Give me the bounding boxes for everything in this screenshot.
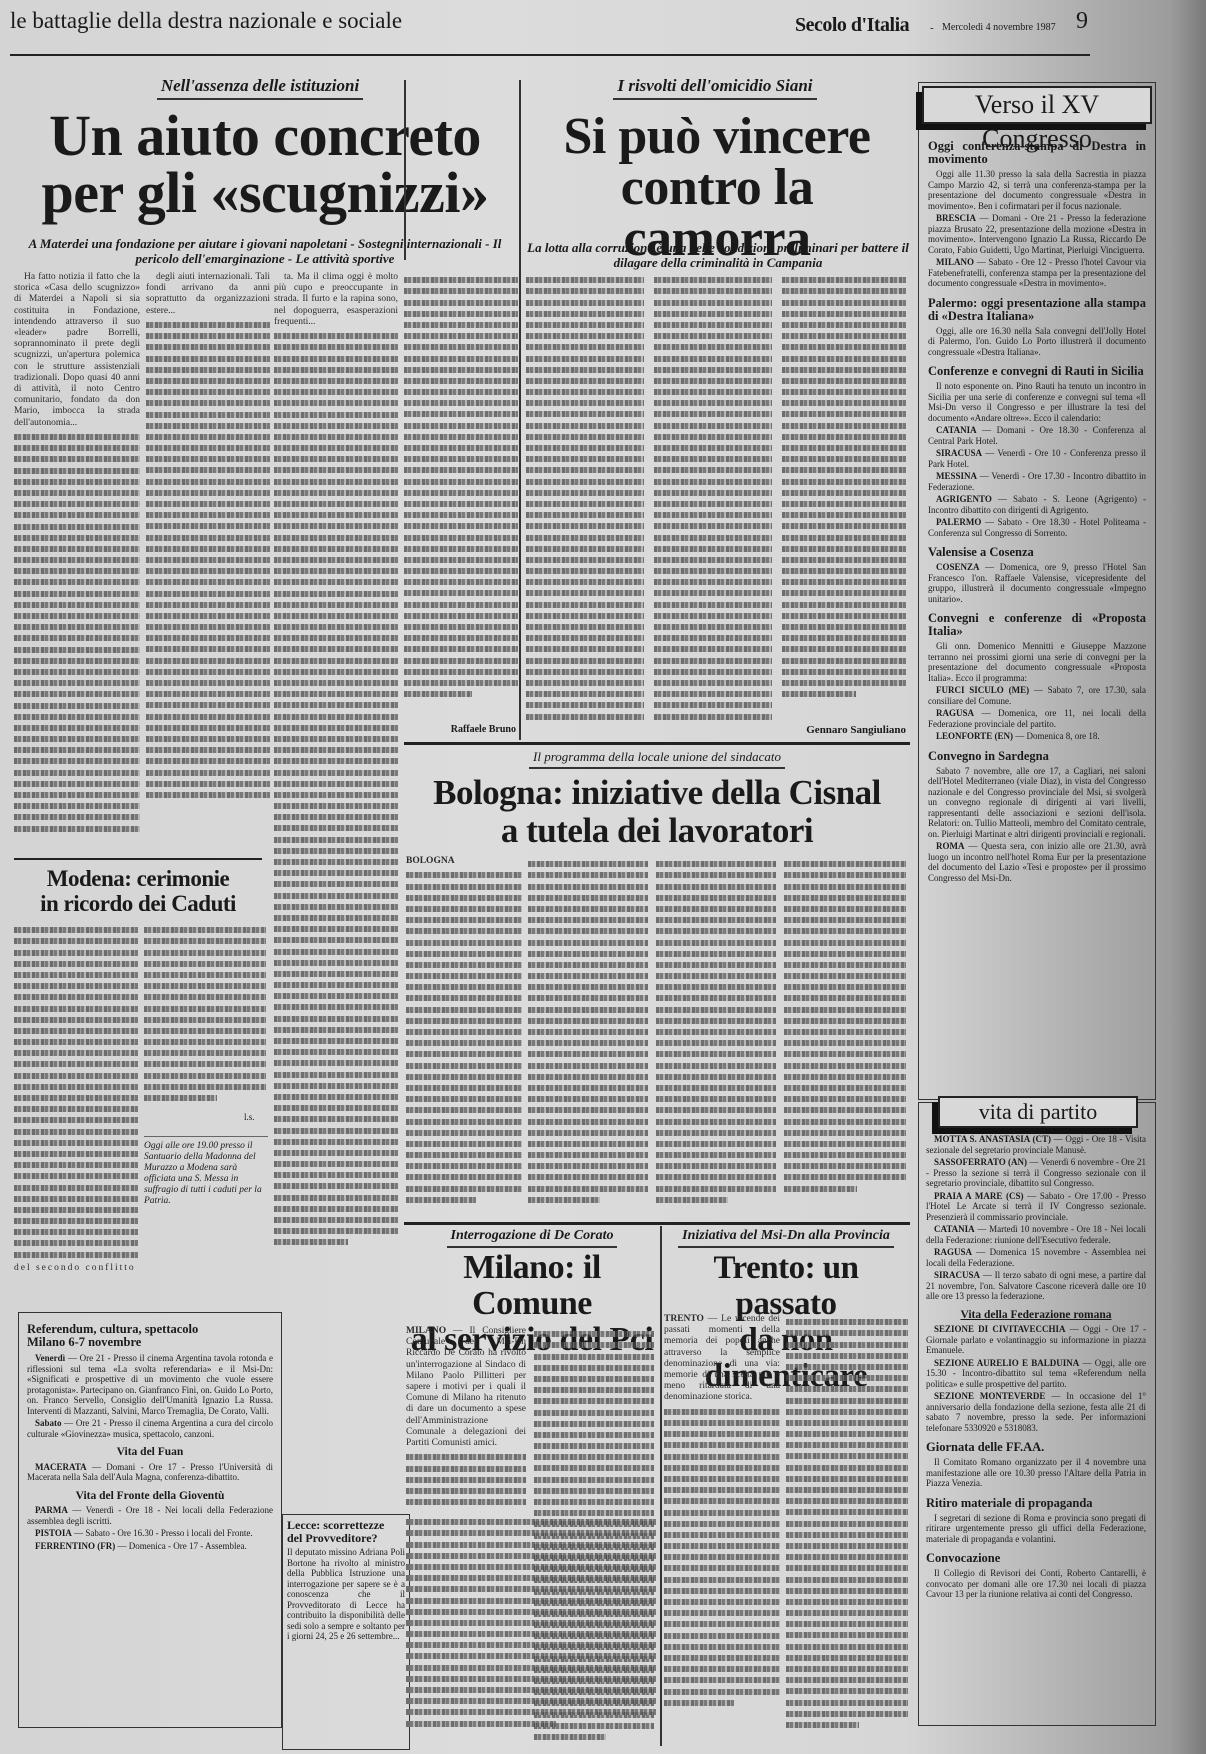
sidebar-section-text: CATANIA — Domani - Ore 18.30 - Conferenz… <box>928 425 1146 446</box>
lead-text: — Il Consigliere Comunale del Msi-Dn Ric… <box>406 1326 526 1448</box>
sidebar-section-text: Il noto esponente on. Pino Rauti ha tenu… <box>928 381 1146 423</box>
scugnizzi-headline: Un aiuto concreto per gli «scugnizzi» <box>10 108 520 222</box>
lecce-box: Lecce: scorrettezzedel Provveditore? Il … <box>282 1514 410 1750</box>
camorra-col-4 <box>782 272 906 712</box>
congress-sections: Oggi conferenza-stampa di Destra in movi… <box>928 132 1146 1092</box>
headline-line: in ricordo dei Caduti <box>14 891 262 916</box>
sidebar-section-text: AGRIGENTO — Sabato - S. Leone (Agrigento… <box>928 494 1146 515</box>
trento-kicker-wrap: Iniziativa del Msi-Dn alla Provincia <box>662 1226 910 1248</box>
headline-line: Bologna: iniziative della Cisnal <box>404 774 910 812</box>
modena-last-line: del secondo conflitto <box>14 1263 138 1274</box>
sidebar-section-text: SIRACUSA — Venerdì - Ore 10 - Conferenza… <box>928 448 1146 469</box>
vita-extra-text: Il Collegio di Revisori dei Conti, Rober… <box>926 1568 1146 1600</box>
page-number: 9 <box>1076 8 1088 35</box>
headline-line: Un aiuto concreto <box>10 108 520 165</box>
congress-title: Verso il XV Congresso <box>922 86 1152 124</box>
sidebar-section-title: Conferenze e convegni di Rauti in Sicili… <box>928 365 1146 378</box>
issue-date: Mercoledì 4 novembre 1987 <box>942 22 1056 33</box>
camorra-col-1 <box>404 272 518 720</box>
sidebar-section-title: Convegni e conferenze di «Proposta Itali… <box>928 612 1146 638</box>
vita-partito-entries: MOTTA S. ANASTASIA (CT) — Oggi - Ore 18 … <box>926 1132 1146 1718</box>
lead-text: — Le vicende dei passati momenti della m… <box>664 1314 780 1402</box>
vita-extra-text: Il Comitato Romano organizzato per il 4 … <box>926 1457 1146 1489</box>
sidebar-section-text: LEONFORTE (EN) — Domenica 8, ore 18. <box>928 731 1146 742</box>
camorra-kicker-wrap: I risvolti dell'omicidio Siani <box>520 76 910 100</box>
bologna-col-3 <box>656 856 776 1216</box>
bologna-headline: Bologna: iniziative della Cisnal a tutel… <box>404 774 910 850</box>
bologna-col-4 <box>784 856 906 1216</box>
lecce-continuation <box>406 1514 656 1748</box>
modena-headline: Modena: cerimonie in ricordo dei Caduti <box>14 866 262 916</box>
scugnizzi-col-2: degli aiuti internazionali. Tali fondi a… <box>146 272 270 832</box>
roma-federation-title: Vita della Federazione romana <box>926 1310 1146 1321</box>
vita-extra-text: I segretari di sezione di Roma e provinc… <box>926 1513 1146 1545</box>
vita-entry: SIRACUSA — Il terzo sabato di ogni mese,… <box>926 1270 1146 1302</box>
vita-extra-title: Ritiro materiale di propaganda <box>926 1497 1146 1510</box>
bologna-kicker-wrap: Il programma della locale unione del sin… <box>404 748 910 769</box>
bologna-kicker: Il programma della locale unione del sin… <box>529 749 785 769</box>
sidebar-section-title: Palermo: oggi presentazione alla stampa … <box>928 297 1146 323</box>
sidebar-section-title: Convegno in Sardegna <box>928 750 1146 763</box>
headline-line: Trento: un passato <box>662 1250 910 1322</box>
trento-col-2 <box>786 1314 908 1746</box>
milano-kicker-wrap: Interrogazione di De Corato <box>404 1226 660 1248</box>
section-rule <box>404 1222 910 1225</box>
sidebar-section-text: ROMA — Questa sera, con inizio alle ore … <box>928 841 1146 883</box>
vita-extra-title: Convocazione <box>926 1552 1146 1565</box>
modena-italic-note: Oggi alle ore 19.00 presso il Santuario … <box>144 1136 268 1277</box>
sidebar-section-title: Oggi conferenza-stampa di Destra in movi… <box>928 140 1146 166</box>
bologna-col-2 <box>528 856 648 1216</box>
camorra-col-3 <box>654 272 772 742</box>
vita-entry: SEZIONE AURELIO E BALDUINA — Oggi, alle … <box>926 1358 1146 1390</box>
section-rule <box>14 858 262 860</box>
scugnizzi-kicker-wrap: Nell'assenza delle istituzioni <box>0 76 520 100</box>
lead-place: BOLOGNA <box>406 856 455 866</box>
vita-entry: SEZIONE MONTEVERDE — In occasione del 1°… <box>926 1391 1146 1433</box>
body-text: Ha fatto notizia il fatto che la storica… <box>14 272 140 429</box>
camorra-subhead: La lotta alla corruzione è una delle con… <box>526 240 910 270</box>
trento-kicker: Iniziativa del Msi-Dn alla Provincia <box>678 1228 894 1248</box>
scugnizzi-subhead: A Materdei una fondazione per aiutare i … <box>10 236 520 266</box>
modena-col-1: del secondo conflitto <box>14 922 138 1280</box>
sidebar-section-title: Valensise a Cosenza <box>928 546 1146 559</box>
sidebar-section-text: MILANO — Sabato - Ore 12 - Presso l'hote… <box>928 257 1146 289</box>
body-text: ta. Ma il clima oggi è molto più cupo e … <box>274 272 398 328</box>
paper-name: Secolo d'Italia <box>795 14 909 37</box>
vita-entry: CATANIA — Martedì 10 novembre - Ore 18 -… <box>926 1224 1146 1245</box>
camorra-byline: Gennaro Sangiuliano <box>700 724 906 736</box>
trento-col-1: TRENTO — Le vicende dei passati momenti … <box>664 1314 780 1746</box>
sidebar-section-text: Sabato 7 novembre, alle ore 17, a Caglia… <box>928 766 1146 840</box>
referendum-entries: Venerdì — Ore 21 - Presso il cinema Arge… <box>27 1351 273 1553</box>
section-slogan: le battaglie della destra nazionale e so… <box>10 8 402 34</box>
milano-col-1: MILANO — Il Consigliere Comunale del Msi… <box>406 1326 526 1506</box>
section-rule <box>404 742 910 745</box>
modena-col-2 <box>144 922 266 1122</box>
column-divider <box>519 80 521 740</box>
referendum-title: Referendum, cultura, spettacoloMilano 6-… <box>27 1323 273 1349</box>
sidebar-section-text: Oggi, alle ore 16.30 nella Sala convegni… <box>928 326 1146 358</box>
vita-extra-title: Giornata delle FF.AA. <box>926 1441 1146 1454</box>
headline-line: Modena: cerimonie <box>14 866 262 891</box>
vita-partito-title: vita di partito <box>938 1096 1138 1128</box>
masthead-rule <box>10 54 1090 56</box>
sidebar-section-text: PALERMO — Sabato - Ore 18.30 - Hotel Pol… <box>928 517 1146 538</box>
lecce-text: Il deputato missino Adriana Poli Bortone… <box>287 1547 405 1642</box>
referendum-box: Referendum, cultura, spettacoloMilano 6-… <box>18 1312 282 1728</box>
sidebar-section-text: RAGUSA — Domenica, ore 11, nei locali de… <box>928 708 1146 729</box>
vita-fuan-title: Vita del Fuan <box>27 1447 273 1458</box>
camorra-col-2 <box>526 272 644 742</box>
scugnizzi-col-3: ta. Ma il clima oggi è molto più cupo e … <box>274 272 398 1272</box>
column-divider <box>404 80 406 260</box>
camorra-byline-inner: Raffaele Bruno <box>404 724 516 735</box>
bologna-col-1: BOLOGNA <box>406 856 522 1216</box>
vita-entry: RAGUSA — Domenica 15 novembre - Assemble… <box>926 1247 1146 1268</box>
headline-line: Si può vincere <box>524 112 910 163</box>
headline-line: a tutela dei lavoratori <box>404 812 910 850</box>
lead-place: TRENTO <box>664 1314 704 1324</box>
vita-fronte-title: Vita del Fronte della Gioventù <box>27 1491 273 1502</box>
vita-entry: PRAIA A MARE (CS) — Sabato - Ore 17.00 -… <box>926 1191 1146 1223</box>
modena-signature: l.s. <box>244 1112 255 1122</box>
lecce-title: Lecce: scorrettezzedel Provveditore? <box>287 1519 405 1545</box>
sidebar-section-text: Oggi alle 11.30 presso la sala della Sac… <box>928 169 1146 211</box>
sidebar-section-text: FURCI SICULO (ME) — Sabato 7, ore 17.30,… <box>928 685 1146 706</box>
sidebar-section-text: BRESCIA — Domani - Ore 21 - Presso la fe… <box>928 213 1146 255</box>
vita-entry: SEZIONE DI CIVITAVECCHIA — Oggi - Ore 17… <box>926 1324 1146 1356</box>
scugnizzi-kicker: Nell'assenza delle istituzioni <box>157 76 363 100</box>
camorra-kicker: I risvolti dell'omicidio Siani <box>613 76 816 100</box>
masthead-separator: - <box>930 22 934 34</box>
sidebar-section-text: COSENZA — Domenica, ore 9, presso l'Hote… <box>928 562 1146 604</box>
vita-entry: MOTTA S. ANASTASIA (CT) — Oggi - Ore 18 … <box>926 1134 1146 1155</box>
body-text: degli aiuti internazionali. Tali fondi a… <box>146 272 270 317</box>
headline-line: per gli «scugnizzi» <box>10 165 520 222</box>
lead-place: MILANO <box>406 1326 446 1336</box>
sidebar-section-text: MESSINA — Venerdì - Ore 17.30 - Incontro… <box>928 471 1146 492</box>
sidebar-section-text: Gli onn. Domenico Mennitti e Giuseppe Ma… <box>928 641 1146 683</box>
headline-line: Milano: il Comune <box>404 1250 660 1322</box>
milano-kicker: Interrogazione di De Corato <box>447 1228 618 1248</box>
vita-entry: SASSOFERRATO (AN) — Venerdì 6 novembre -… <box>926 1157 1146 1189</box>
scugnizzi-col-1: Ha fatto notizia il fatto che la storica… <box>14 272 140 832</box>
